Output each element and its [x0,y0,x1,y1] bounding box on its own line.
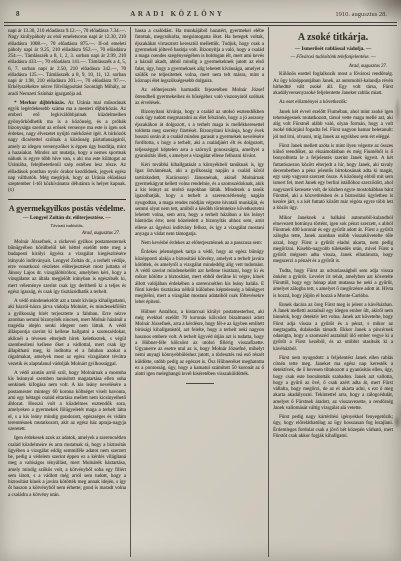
merkur-text: Az Uránia mai műsorának egyik legérdekes… [8,101,126,194]
article1-dateline: Arad, augusztus 27. [8,231,120,237]
section-divider [8,199,126,200]
body-paragraph: Fürst pedig nagy kártérítési igényekkel … [273,415,393,440]
market-report: napi ár 13.30, 210 előadásra 9.12.—, 70 … [8,29,126,98]
body-paragraph: Igen érdekesek azok az adatok, amelyek a… [8,436,126,499]
article1-headline: A gyermekgyilkos postás védelme. [8,204,126,213]
page-number: 8 [16,10,20,18]
body-paragraph: Fürst Janek mellett azóta is mint ilyen … [273,144,393,213]
newspaper-page: 8 ARADI KÖZLÖNY 1910. augusztus 28. napi… [0,0,401,561]
body-paragraph: Bizonyítani kívánja, hogy a család az ut… [135,110,264,160]
body-paragraph: Janek két évvel ezelőtt Fiuméban, ahol m… [273,110,393,141]
scan-smudge [394,96,401,126]
article1-byline: Távirati tudósítás. [8,223,126,229]
merkur-notice: * Merkur díjbirkózás. Az Uránia mai műso… [8,101,126,195]
scan-smudge [393,415,401,429]
article1-subhead: — Lengyel Zoltán dr. előterjesztése. — [8,215,126,221]
article2-headline: A zsoké titkárja. [273,32,393,43]
article-end-rule [186,383,214,384]
body-paragraph: Hübner Antalhoz, a kistarcsai királyi po… [135,310,264,379]
body-paragraph: A védő azután arról szól, hogy Molnárnak… [8,371,126,434]
body-paragraph: Ennek dacára az öreg Fürst meg is jelent… [273,303,393,353]
column-area: napi ár 13.30, 210 előadásra 9.12.—, 70 … [4,27,397,557]
body-paragraph: Az eset előzményei a következők: [273,100,393,106]
article2-subhead-2: — Fővárosi tudósítónk telefonjelentése. … [273,55,393,61]
header-rule [4,22,397,26]
body-paragraph: hassa a csalódást. Ha munkájából hazatér… [135,29,264,85]
masthead: ARADI KÖZLÖNY [130,10,224,18]
column-left: napi ár 13.30, 210 előadásra 9.12.—, 70 … [4,27,130,557]
body-paragraph: Különös esettel foglalkozik most a fővár… [273,72,393,97]
article2-subhead: — Ismerősét rablással vádolja. — [273,46,393,52]
body-paragraph: Érdekes jelenségnek tartja a védő, hogy … [135,250,264,306]
body-paragraph: Molnár Józsefnek, a ráckevei gyilkos pos… [8,240,126,296]
body-paragraph: Az előterjesztés harmadik fejezetében Mo… [135,88,264,107]
column-right: A zsoké titkárja. — Ismerősét rablással … [269,27,397,557]
body-paragraph: A védő mindenekelőtt azt a tanút kívánja… [8,299,126,368]
merkur-lead: * Merkur díjbirkózás. [14,101,65,106]
body-paragraph: Nem kevésbé érdekes az előterjesztésnek … [135,241,264,247]
body-paragraph: Mikor Janeknek a balkáni automobil-kalan… [273,216,393,266]
column-middle: hassa a csalódást. Ha munkájából hazatér… [130,27,269,557]
body-paragraph: Tudta, hogy Fürst az udvariasságból sem … [273,269,393,300]
article2-dateline: Arad, augusztus 27. [273,64,387,70]
issue-date: 1910. augusztus 28. [335,11,387,18]
body-paragraph: Kéri továbbá kihallgatását a környékbeli… [135,163,264,238]
body-paragraph: Fürst nem nyugodott: a feljelentést Jane… [273,356,393,412]
page-header: 8 ARADI KÖZLÖNY 1910. augusztus 28. [16,10,387,18]
